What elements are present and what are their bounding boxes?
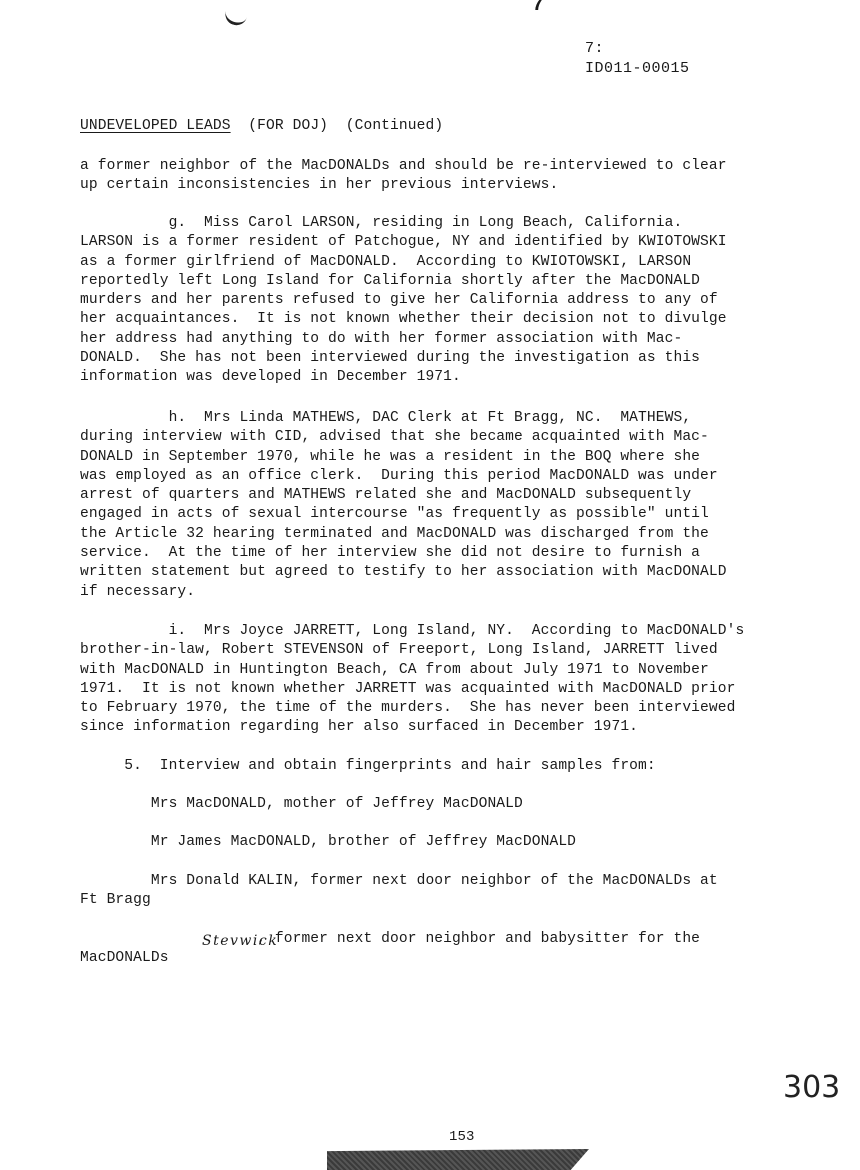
paragraph-g: g. Miss Carol LARSON, residing in Long B… [80,214,727,388]
section-heading: UNDEVELOPED LEADS (FOR DOJ) (Continued) [80,117,443,136]
text-line: LARSON is a former resident of Patchogue… [80,233,727,252]
paragraph-item5: 5. Interview and obtain fingerprints and… [80,757,656,776]
text-line: DONALD. She has not been interviewed dur… [80,349,727,368]
text-line: engaged in acts of sexual intercourse "a… [80,505,727,524]
page-number: 153 [449,1128,475,1147]
paragraph-person3: Mrs Donald KALIN, former next door neigh… [80,872,718,911]
text-line: Ft Bragg [80,891,718,910]
doc-id-prefix: 7: [585,40,604,57]
paragraph-person2: Mr James MacDONALD, brother of Jeffrey M… [80,833,576,852]
text-line: as a former girlfriend of MacDONALD. Acc… [80,253,727,272]
text-line: the Article 32 hearing terminated and Ma… [80,525,727,544]
text-line: information was developed in December 19… [80,368,727,387]
text-line: h. Mrs Linda MATHEWS, DAC Clerk at Ft Br… [80,409,727,428]
paragraph-person4: , former next door neighbor and babysitt… [80,930,700,969]
text-line: was employed as an office clerk. During … [80,467,727,486]
text-line: Mr James MacDONALD, brother of Jeffrey M… [80,833,576,852]
text-line: arrest of quarters and MATHEWS related s… [80,486,727,505]
text-line: up certain inconsistencies in her previo… [80,176,727,195]
pen-mark [223,9,248,28]
text-line: since information regarding her also sur… [80,718,744,737]
text-line: if necessary. [80,583,727,602]
text-line: her acquaintances. It is not known wheth… [80,310,727,329]
section-heading-title: UNDEVELOPED LEADS [80,118,231,134]
text-line: Mrs Donald KALIN, former next door neigh… [80,872,718,891]
text-line: , former next door neighbor and babysitt… [80,930,700,949]
text-line: during interview with CID, advised that … [80,428,727,447]
text-line: MacDONALDs [80,949,700,968]
text-line: DONALD in September 1970, while he was a… [80,448,727,467]
redaction-block [327,1149,589,1170]
text-line: brother-in-law, Robert STEVENSON of Free… [80,641,744,660]
paragraph-continuation: a former neighbor of the MacDONALDs and … [80,157,727,196]
section-heading-suffix: (FOR DOJ) (Continued) [231,118,444,134]
text-line: 1971. It is not known whether JARRETT wa… [80,680,744,699]
text-line: with MacDONALD in Huntington Beach, CA f… [80,661,744,680]
text-line: a former neighbor of the MacDONALDs and … [80,157,727,176]
text-line: written statement but agreed to testify … [80,563,727,582]
text-line: her address had anything to do with her … [80,330,727,349]
paragraph-i: i. Mrs Joyce JARRETT, Long Island, NY. A… [80,622,744,738]
stamp-number: 303 [783,1070,840,1105]
text-line: i. Mrs Joyce JARRETT, Long Island, NY. A… [80,622,744,641]
text-line: Mrs MacDONALD, mother of Jeffrey MacDONA… [80,795,523,814]
text-line: to February 1970, the time of the murder… [80,699,744,718]
paragraph-person1: Mrs MacDONALD, mother of Jeffrey MacDONA… [80,795,523,814]
handwritten-name: Stevwick [202,933,278,949]
handwritten-mark: 7 [532,0,544,15]
text-line: reportedly left Long Island for Californ… [80,272,727,291]
doc-id-code: ID011-00015 [585,60,690,77]
text-line: service. At the time of her interview sh… [80,544,727,563]
text-line: g. Miss Carol LARSON, residing in Long B… [80,214,727,233]
document-id: 7: ID011-00015 [566,20,690,78]
text-line: 5. Interview and obtain fingerprints and… [80,757,656,776]
text-line: murders and her parents refused to give … [80,291,727,310]
paragraph-h: h. Mrs Linda MATHEWS, DAC Clerk at Ft Br… [80,409,727,602]
